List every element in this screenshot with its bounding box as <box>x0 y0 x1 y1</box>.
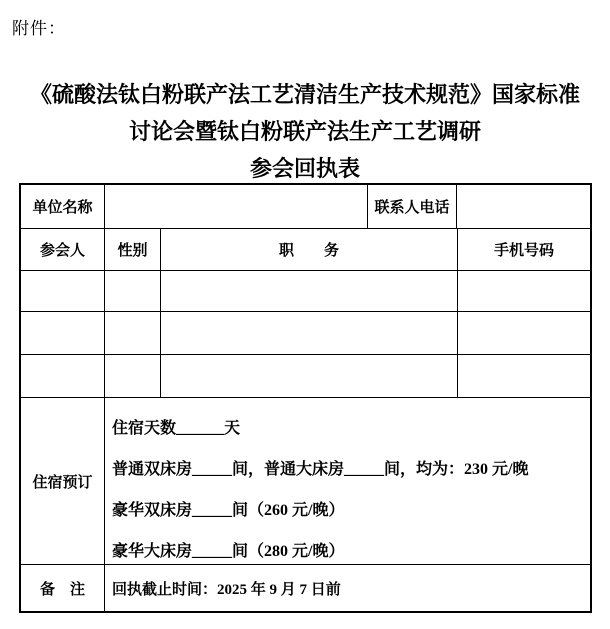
accommodation-label: 住宿预订 <box>21 398 105 564</box>
mobile-field[interactable] <box>458 312 590 354</box>
contact-phone-label: 联系人电话 <box>368 185 457 228</box>
mobile-field[interactable] <box>458 355 590 397</box>
attendee-name-field[interactable] <box>21 312 105 354</box>
position-label: 职 务 <box>161 229 458 270</box>
contact-phone-field[interactable] <box>457 185 590 228</box>
attendee-label: 参会人 <box>21 229 105 270</box>
remarks-label: 备 注 <box>21 565 105 611</box>
attendee-row-3 <box>21 355 590 398</box>
position-field[interactable] <box>161 271 458 311</box>
accommodation-details: 住宿天数______天 普通双床房_____间，普通大床房_____间，均为：2… <box>105 398 590 564</box>
document-title: 《硫酸法钛白粉联产法工艺清洁生产技术规范》国家标准 讨论会暨钛白粉联产法生产工艺… <box>0 76 610 187</box>
deluxe-twin-room-line: 豪华双床房_____间（260 元/晚） <box>112 490 344 531</box>
remarks-content: 回执截止时间：2025 年 9 月 7 日前 <box>105 565 590 611</box>
attachment-label: 附件： <box>12 14 66 39</box>
mobile-field[interactable] <box>458 271 590 311</box>
gender-field[interactable] <box>105 271 161 311</box>
row-accommodation: 住宿预订 住宿天数______天 普通双床房_____间，普通大床房_____间… <box>21 398 590 565</box>
unit-name-label: 单位名称 <box>21 185 105 228</box>
reply-form-table: 单位名称 联系人电话 参会人 性别 职 务 手机号码 住宿预订 住宿天数____… <box>19 183 592 613</box>
attendee-row-2 <box>21 312 590 355</box>
stay-nights-line: 住宿天数______天 <box>112 408 240 449</box>
standard-room-line: 普通双床房_____间，普通大床房_____间，均为：230 元/晚 <box>112 449 528 490</box>
position-field[interactable] <box>161 355 458 397</box>
mobile-label: 手机号码 <box>458 229 590 270</box>
attendee-row-1 <box>21 271 590 312</box>
attendee-name-field[interactable] <box>21 355 105 397</box>
row-unit-name: 单位名称 联系人电话 <box>21 185 590 229</box>
title-line-3: 参会回执表 <box>0 150 610 187</box>
attendee-name-field[interactable] <box>21 271 105 311</box>
row-remarks: 备 注 回执截止时间：2025 年 9 月 7 日前 <box>21 565 590 611</box>
unit-name-field[interactable] <box>105 185 368 228</box>
row-attendee-header: 参会人 性别 职 务 手机号码 <box>21 229 590 271</box>
gender-field[interactable] <box>105 312 161 354</box>
title-line-1: 《硫酸法钛白粉联产法工艺清洁生产技术规范》国家标准 <box>0 76 610 113</box>
title-line-2: 讨论会暨钛白粉联产法生产工艺调研 <box>0 113 610 150</box>
gender-label: 性别 <box>105 229 161 270</box>
position-field[interactable] <box>161 312 458 354</box>
gender-field[interactable] <box>105 355 161 397</box>
